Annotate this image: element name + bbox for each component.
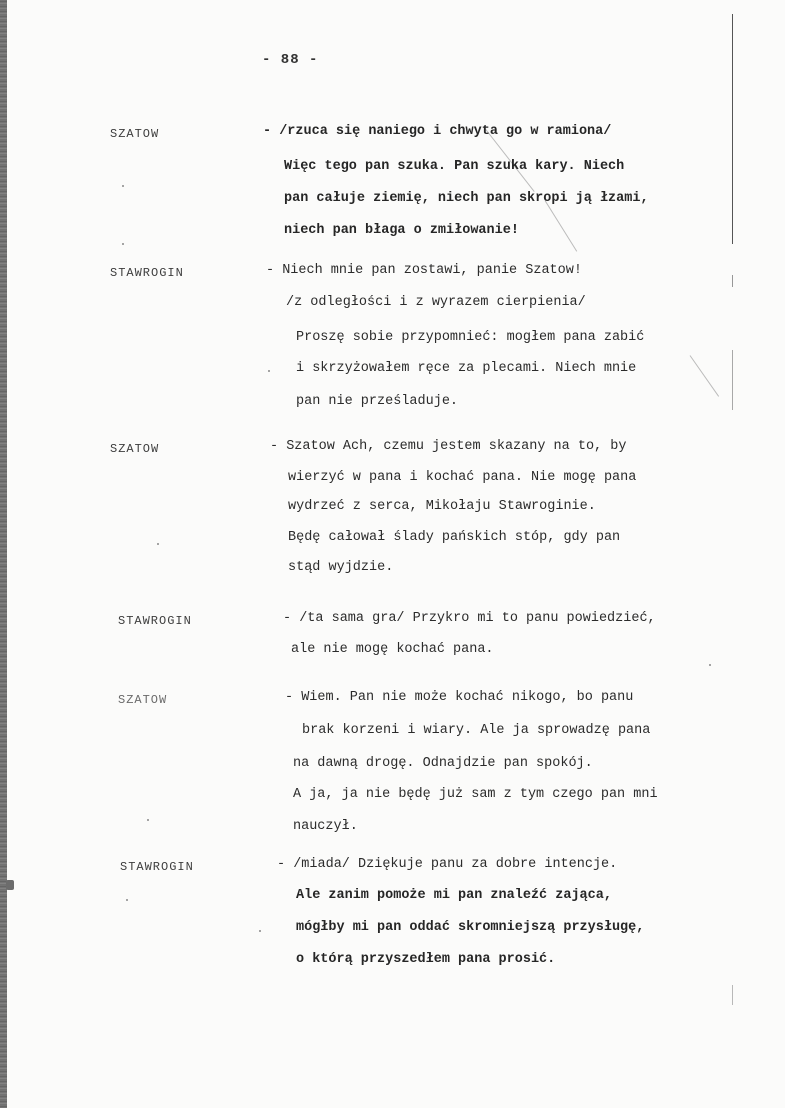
scan-scratch <box>545 200 578 251</box>
dialogue-line: wierzyć w pana i kochać pana. Nie mogę p… <box>288 470 636 485</box>
scan-speck <box>268 370 270 372</box>
dialogue-line: Więc tego pan szuka. Pan szuka kary. Nie… <box>284 159 624 174</box>
dialogue-line: Proszę sobie przypomnieć: mogłem pana za… <box>296 330 644 345</box>
margin-rule-fragment <box>732 350 733 410</box>
dialogue-line: ale nie mogę kochać pana. <box>291 642 494 657</box>
dialogue-line: - /rzuca się naniego i chwyta go w ramio… <box>263 124 611 139</box>
scan-artifact <box>6 880 14 890</box>
dialogue-line: - Niech mnie pan zostawi, panie Szatow! <box>266 263 582 278</box>
speaker-name: STAWROGIN <box>120 860 194 874</box>
dialogue-line: Ale zanim pomoże mi pan znaleźć zająca, <box>296 888 612 903</box>
dialogue-line: brak korzeni i wiary. Ale ja sprowadzę p… <box>302 723 650 738</box>
dialogue-line: niech pan błaga o zmiłowanie! <box>284 223 519 238</box>
scan-speck <box>147 819 149 821</box>
dialogue-line: - Szatow Ach, czemu jestem skazany na to… <box>270 439 626 454</box>
dialogue-line: - Wiem. Pan nie może kochać nikogo, bo p… <box>285 690 633 705</box>
dialogue-line: na dawną drogę. Odnajdzie pan spokój. <box>293 756 593 771</box>
dialogue-line: nauczył. <box>293 819 358 834</box>
page-number: - 88 - <box>262 52 318 68</box>
speaker-name: STAWROGIN <box>118 614 192 628</box>
speaker-name: STAWROGIN <box>110 266 184 280</box>
scan-edge-strip <box>0 0 7 1108</box>
margin-rule-fragment <box>732 985 733 1005</box>
scan-speck <box>709 664 711 666</box>
scan-speck <box>122 185 124 187</box>
speaker-name: SZATOW <box>118 693 167 707</box>
dialogue-line: wydrzeć z serca, Mikołaju Stawroginie. <box>288 499 596 514</box>
dialogue-line: pan całuje ziemię, niech pan skropi ją ł… <box>284 191 649 206</box>
dialogue-line: pan nie prześladuje. <box>296 394 458 409</box>
scan-speck <box>157 543 159 545</box>
margin-rule-fragment <box>732 275 733 287</box>
dialogue-line: - /ta sama gra/ Przykro mi to panu powie… <box>283 611 656 626</box>
dialogue-line: mógłby mi pan oddać skromniejszą przysłu… <box>296 920 644 935</box>
dialogue-line: i skrzyżowałem ręce za plecami. Niech mn… <box>296 361 636 376</box>
margin-rule <box>732 14 733 244</box>
scan-scratch <box>690 355 719 397</box>
speaker-name: SZATOW <box>110 442 159 456</box>
dialogue-line: stąd wyjdzie. <box>288 560 393 575</box>
dialogue-line: o którą przyszedłem pana prosić. <box>296 952 555 967</box>
scan-speck <box>126 899 128 901</box>
dialogue-line: Będę całował ślady pańskich stóp, gdy pa… <box>288 530 620 545</box>
scan-speck <box>259 930 261 932</box>
stage-direction: /z odległości i z wyrazem cierpienia/ <box>286 295 586 310</box>
dialogue-line: A ja, ja nie będę już sam z tym czego pa… <box>293 787 658 802</box>
speaker-name: SZATOW <box>110 127 159 141</box>
dialogue-line: - /miada/ Dziękuje panu za dobre intencj… <box>277 857 617 872</box>
scan-speck <box>122 243 124 245</box>
